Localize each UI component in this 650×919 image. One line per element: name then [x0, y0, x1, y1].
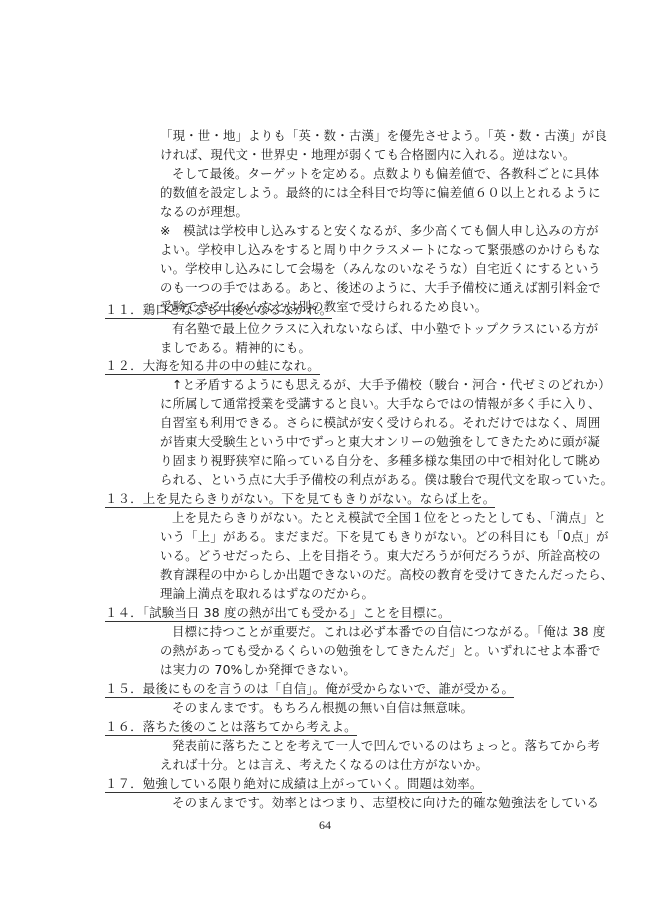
body-line: いう「上」がある。まだまだ。下を見てもきりがない。どの科目にも「0点」が: [160, 528, 609, 545]
body-line: そのまんまです。効率とはつまり、志望校に向けた的確な勉強法をしている: [172, 794, 599, 811]
document-page: 「現・世・地」よりも「英・数・古漢」を優先させよう。「英・数・古漢」が良 ければ…: [0, 0, 650, 919]
body-line: 有名塾で最上位クラスに入れないならば、中小塾でトップクラスにいる方が: [172, 320, 598, 337]
body-line: られる、という点に大手予備校の利点がある。僕は駿台で現代文を取っていた。: [160, 471, 613, 488]
body-line: は実力の 70%しか発揮できない。: [160, 661, 356, 678]
body-line: に所属して通常授業を受講すると良い。大手ならではの情報が多く手に入り、: [160, 395, 601, 412]
body-line: 理論上満点を取れるはずなのだから。: [160, 585, 374, 602]
body-line: 自習室も利用できる。さらに模試が安く受けられる。それだけではなく、周囲: [160, 414, 600, 431]
page-number: 64: [0, 818, 650, 833]
body-line: の熱があっても受かるくらいの勉強をしてきたんだ」と。いずれにせよ本番で: [160, 642, 601, 659]
section-heading-12: １２．大海を知る井の中の蛙になれ。: [105, 357, 320, 375]
body-line: 「現・世・地」よりも「英・数・古漢」を優先させよう。「英・数・古漢」が良: [160, 127, 607, 144]
body-line: 発表前に落ちたことを考えて一人で凹んでいるのはちょっと。落ちてから考: [172, 737, 600, 754]
body-line: ましである。精神的にも。: [160, 339, 311, 356]
body-line: 的数値を設定しよう。最終的には全科目で均等に偏差値６０以上とれるように: [160, 184, 601, 201]
section-heading-15: １５．最後にものを言うのは「自信」。俺が受からないで、誰が受かる。: [105, 680, 514, 698]
body-line: 上を見たらきりがない。たとえ模試で全国１位をとったとしても、「満点」と: [172, 509, 606, 526]
body-line: いる。どうせだったら、上を目指そう。東大だろうが何だろうが、所詮高校の: [160, 547, 601, 564]
body-line: り固まり視野狭窄に陥っている自分を、多種多様な集団の中で相対化して眺め: [160, 452, 601, 469]
body-line: えれば十分。とは言え、考えたくなるのは仕方がないか。: [160, 756, 488, 773]
body-line: が皆東大受験生という中でずっと東大オンリーの勉強をしてきたために頭が凝: [160, 433, 600, 450]
section-heading-16: １６．落ちた後のことは落ちてから考えよ。: [105, 718, 357, 736]
body-line: ↑と矛盾するようにも思えるが、大手予備校（駿台・河合・代ゼミのどれか）: [172, 376, 611, 393]
note-line: い。学校申し込みにして会場を（みんなのいなそうな）自宅近くにするという: [160, 260, 601, 277]
body-line: そして最後。ターゲットを定める。点数よりも偏差値で、各教科ごとに具体: [172, 165, 599, 182]
note-line: よい。学校申し込みをすると周り中クラスメートになって緊張感のかけらもな: [160, 241, 600, 258]
body-line: 目標に持つことが重要だ。これは必ず本番での自信につながる。「俺は 38 度: [172, 623, 606, 640]
section-heading-17: １７．勉強している限り絶対に成績は上がっていく。問題は効率。: [105, 775, 482, 793]
body-line: そのまんまです。もちろん根拠の無い自信は無意味。: [172, 699, 473, 716]
note-line: ※ 模試は学校申し込みすると安くなるが、多少高くても個人申し込みの方が: [160, 222, 599, 239]
section-heading-14: １４．「試験当日 38 度の熱が出ても受かる」ことを目標に。: [105, 604, 451, 622]
body-line: 教育課程の中からしか出題できないのだ。高校の教育を受けてきたんだったら、: [160, 566, 613, 583]
section-heading-11: １１．鶏口となるも牛後となるなかれ。: [105, 301, 332, 319]
body-line: ければ、現代文・世界史・地理が弱くても合格圏内に入れる。逆はない。: [160, 146, 576, 163]
note-line: のも一つの手ではある。あと、後述のように、大手予備校に通えば割引料金で: [160, 279, 601, 296]
body-line: なるのが理想。: [160, 203, 248, 220]
section-heading-13: １３．上を見たらきりがない。下を見てもきりがない。ならば上を。: [105, 490, 495, 508]
